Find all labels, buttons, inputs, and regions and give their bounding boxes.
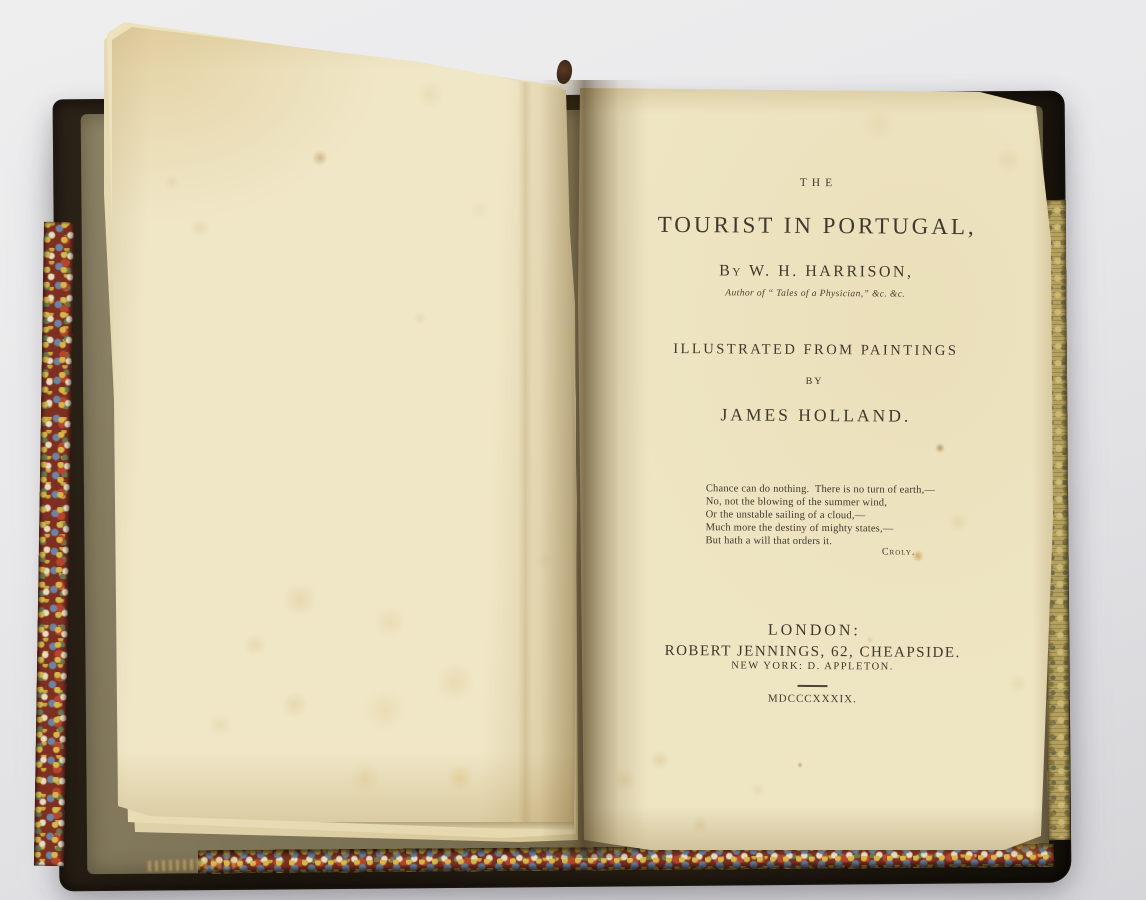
half-title-word: THE (580, 175, 1052, 190)
photo-background: THE TOURIST IN PORTUGAL, By W. H. HARRIS… (0, 0, 1146, 900)
imprint-year: MDCCCXXXIX. (576, 691, 1048, 706)
by-word: BY (579, 374, 1051, 388)
epigraph: Chance can do nothing. There is no turn … (705, 482, 922, 558)
author-credit-note: Author of “ Tales of a Physician,” &c. &… (579, 287, 1051, 300)
imprint-secondary: NEW YORK: D. APPLETON. (577, 659, 1049, 673)
headband (555, 59, 574, 85)
blank-left-page (104, 22, 580, 822)
book-title: TOURIST IN PORTUGAL, (580, 211, 1052, 240)
imprint-rule (797, 685, 827, 687)
illustrated-line: ILLUSTRATED FROM PAINTINGS (579, 340, 1051, 360)
author-byline: By W. H. HARRISON, (579, 261, 1051, 282)
artist-name: JAMES HOLLAND. (578, 403, 1050, 427)
imprint-city: LONDON: (577, 620, 1049, 641)
title-page: THE TOURIST IN PORTUGAL, By W. H. HARRIS… (578, 84, 1056, 852)
title-page-text-block: THE TOURIST IN PORTUGAL, By W. H. HARRIS… (575, 82, 1052, 853)
